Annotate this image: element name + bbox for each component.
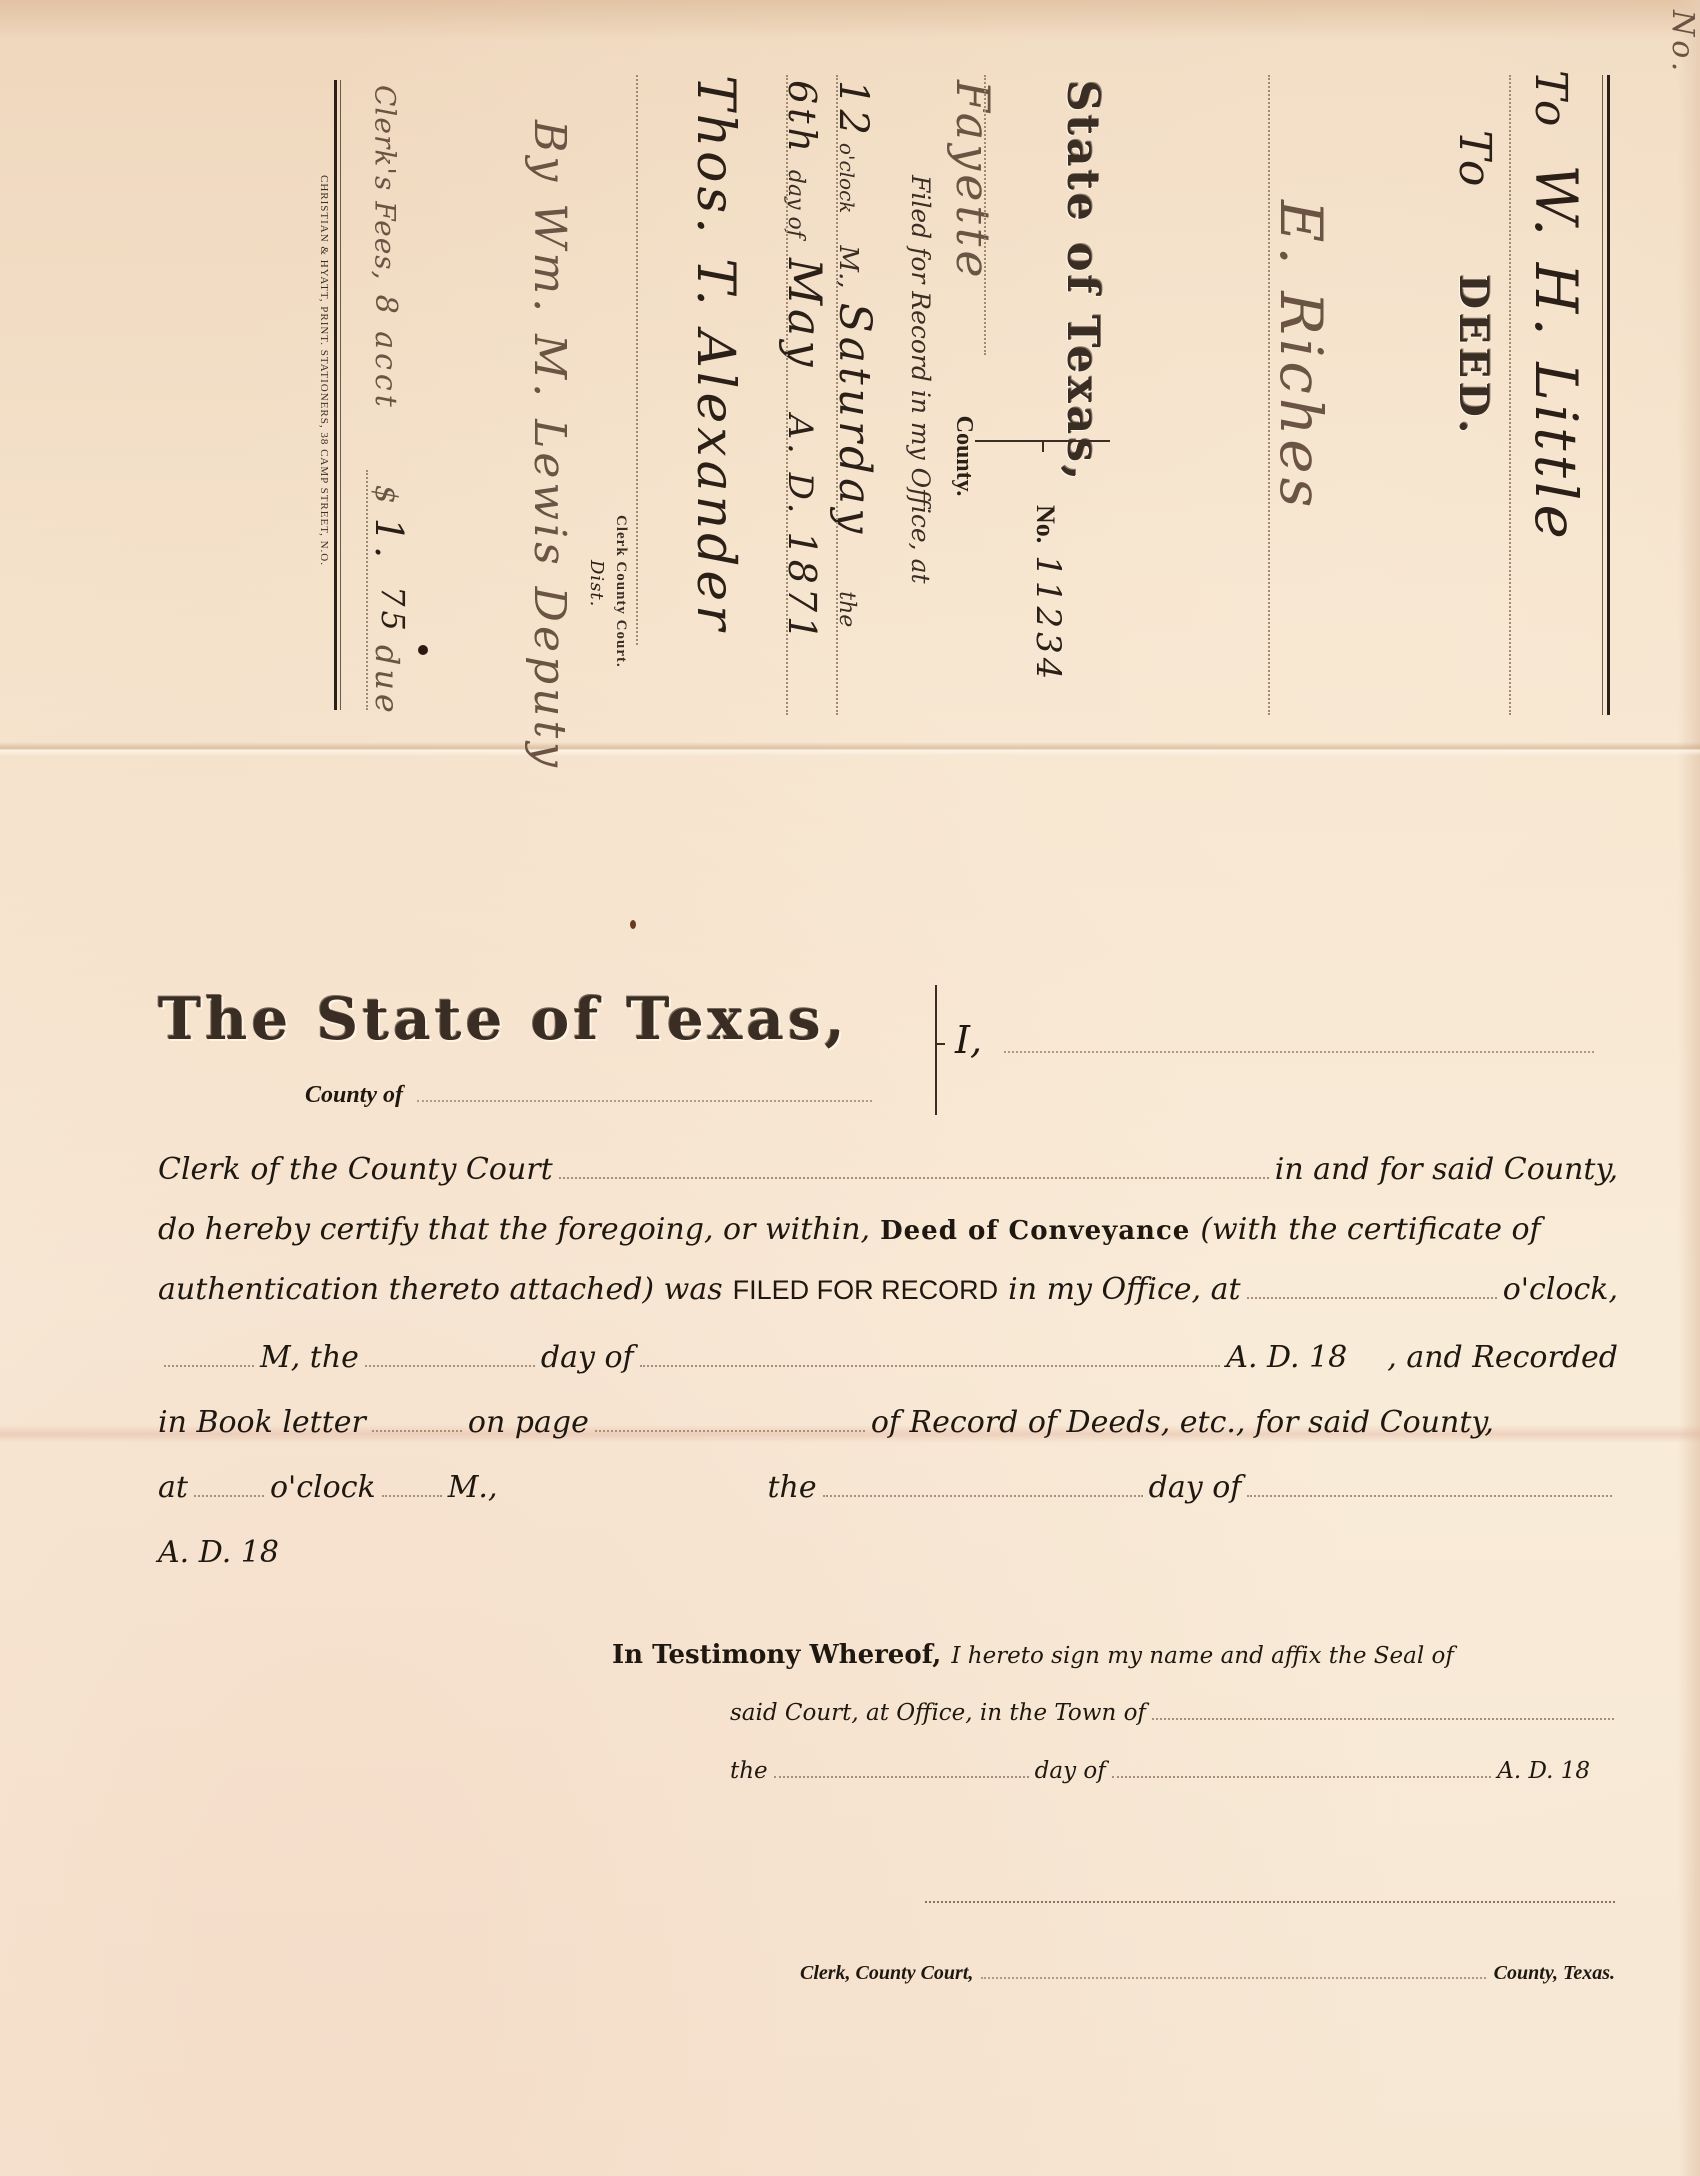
i-line: I, [955,1018,1594,1062]
line2-text-b: (with the certificate of [1200,1212,1540,1247]
docket-county-dotted [984,75,986,355]
filed-date-dotted [786,75,788,715]
docket-number-label: No. [1031,505,1060,543]
filed-day-field[interactable] [365,1364,535,1367]
deed-title: DEED. [1450,274,1497,437]
certificate-line-2: do hereby certify that the foregoing, or… [158,1212,1618,1247]
i-label: I, [955,1018,982,1062]
line4-text-d: , and Recorded [1387,1340,1618,1375]
certificate-line-7: A. D. 18 [158,1535,1618,1570]
docket-county-line: Fayette County. [946,80,1000,496]
printer-imprint: CHRISTIAN & HYATT, PRINT. STATIONERS, 38… [318,175,330,566]
filed-for-record-line: Filed for Record in my Office, at [906,175,935,584]
testimony-line-3: the day of A. D. 18 [730,1758,1590,1784]
line5-text-a: in Book letter [158,1405,366,1440]
book-letter-field[interactable] [372,1429,462,1432]
fees-status: due [368,645,406,717]
county-of-label: County of [305,1082,403,1108]
clerk-signature: Thos. T. Alexander [685,75,745,634]
grantor-line: To W. H. Little [1522,70,1590,543]
certificate-line-5: in Book letter on page of Record of Deed… [158,1405,1618,1440]
grantor-name: W. H. Little [1522,164,1590,542]
certificate-brace [935,985,951,1115]
grantee-name: E. Riches [1267,200,1335,511]
docket-border-left [334,80,337,710]
docket-number-value: 11234 [1028,555,1068,683]
recorded-hour-field[interactable] [194,1494,264,1497]
deed-of-conveyance: Deed of Conveyance [880,1216,1190,1246]
i-name-field[interactable] [1004,1050,1594,1053]
line6-text-e: day of [1149,1470,1242,1505]
certificate-line-3: authentication thereto attached) was FIL… [158,1272,1618,1307]
testimony-month-field[interactable] [1112,1775,1491,1778]
certificate-line-6: at o'clock M., the day of [158,1470,1618,1505]
docket-county-label: County. [951,416,977,497]
deputy-line: By Wm. M. Lewis Deputy [524,120,575,771]
docket-border-right [1607,75,1610,715]
filed-hour-field[interactable] [1247,1296,1497,1299]
fees-cents: 75 [374,586,412,635]
grantee-dotted-line [1268,75,1270,715]
fees-label: Clerk's Fees, [369,85,402,281]
grantor-dotted-line [1509,75,1511,715]
line6-text-a: at [158,1470,188,1505]
town-field[interactable] [1152,1717,1614,1720]
clerk-county-court-label: Clerk, County Court, [800,1962,973,1985]
grantee-line: E. Riches [1267,200,1335,511]
filed-month-field[interactable] [640,1364,1221,1367]
docket-number-line: No. 11234 [1028,505,1068,683]
line3-text-a: authentication thereto attached) was [158,1272,723,1307]
fold-crease-upper [0,742,1700,756]
clerk-title-line: Clerk County Court. [612,515,630,668]
line6-text-b: o'clock [270,1470,376,1505]
testimony-line-2: said Court, at Office, in the Town of [730,1700,1620,1726]
to-label: To [1449,130,1500,190]
filed-for-record-caps: FILED FOR RECORD [733,1275,999,1306]
filed-meridian-field[interactable] [164,1364,254,1367]
clerk-signature-line: Thos. T. Alexander [685,75,745,634]
recorded-month-field[interactable] [1247,1494,1612,1497]
certificate-line-1: Clerk of the County Court in and for sai… [158,1152,1618,1187]
docket-brace-tip [1042,440,1044,452]
testimony-text-3b: day of [1035,1758,1106,1784]
line4-text-c: A. D. 18 [1226,1340,1347,1375]
docket-border-left-thin [340,80,341,710]
fees-currency: $ [368,485,403,508]
testimony-text-2: said Court, at Office, in the Town of [730,1700,1146,1726]
ink-spot [630,920,636,929]
in-testimony-whereof: In Testimony Whereof, [612,1640,941,1670]
testimony-line-1: In Testimony Whereof, I hereto sign my n… [612,1640,1622,1670]
deputy-signature: By Wm. M. Lewis Deputy [524,120,575,771]
ink-spot [418,645,428,655]
deed-title-line: To DEED. [1449,130,1500,437]
line1-text-a: Clerk of the County Court [158,1152,553,1187]
fees-amount: 1. [367,518,411,562]
county-texas-label: County, Texas. [1494,1962,1615,1985]
clock-label: o'clock [835,143,859,214]
grantor-prefix: To [1525,70,1576,130]
line3-text-c: o'clock, [1503,1272,1618,1307]
clerk-title: Clerk County Court. [613,515,629,668]
line5-text-b: on page [468,1405,589,1440]
line4-text-a: M, the [260,1340,359,1375]
testimony-day-field[interactable] [774,1775,1029,1778]
docket-border-right-thin [1602,75,1603,715]
testimony-text-1: I hereto sign my name and affix the Seal… [951,1643,1454,1669]
paper-top-edge [0,0,1700,40]
line7-text-a: A. D. 18 [158,1535,279,1570]
clerk-county-line: Clerk, County Court, County, Texas. [800,1962,1615,1985]
page-number-field[interactable] [595,1429,865,1432]
clerk-title-annotation: Dist. [586,560,607,607]
fees-dotted [366,470,368,710]
line6-text-c: M., [448,1470,498,1505]
clerk-signature-dotted [636,75,638,645]
line3-text-b: in my Office, at [1008,1272,1240,1307]
certificate-title: The State of Texas, [158,985,849,1053]
line1-text-b: in and for said County, [1275,1152,1618,1187]
county-of-field[interactable] [417,1099,872,1102]
corner-note: No. [1665,10,1700,75]
line6-text-d: the [768,1470,817,1505]
testimony-text-3a: the [730,1758,768,1784]
recorded-day-field[interactable] [823,1494,1143,1497]
line5-text-c: of Record of Deeds, etc., for said Count… [871,1405,1494,1440]
testimony-text-3c: A. D. 18 [1497,1758,1590,1784]
certificate-line-4: M, the day of A. D. 18 , and Recorded [158,1340,1618,1375]
recorded-meridian-field[interactable] [382,1494,442,1497]
line2-text-a: do hereby certify that the foregoing, or… [158,1212,870,1247]
line4-text-b: day of [541,1340,634,1375]
docket-county-value: Fayette [946,80,1000,282]
docket-state-heading: State of Texas, [1057,80,1108,483]
fees-note: 8 acct [368,295,403,411]
clerk-county-field[interactable] [981,1976,1485,1979]
county-court-field[interactable] [559,1176,1269,1179]
county-of-line: County of [305,1082,872,1109]
paper-right-edge [1678,0,1700,2176]
fees-line: Clerk's Fees, 8 acct $ 1. 75 due [367,85,412,717]
filed-time-dotted [836,75,838,715]
clerk-signature-field[interactable] [925,1901,1615,1903]
